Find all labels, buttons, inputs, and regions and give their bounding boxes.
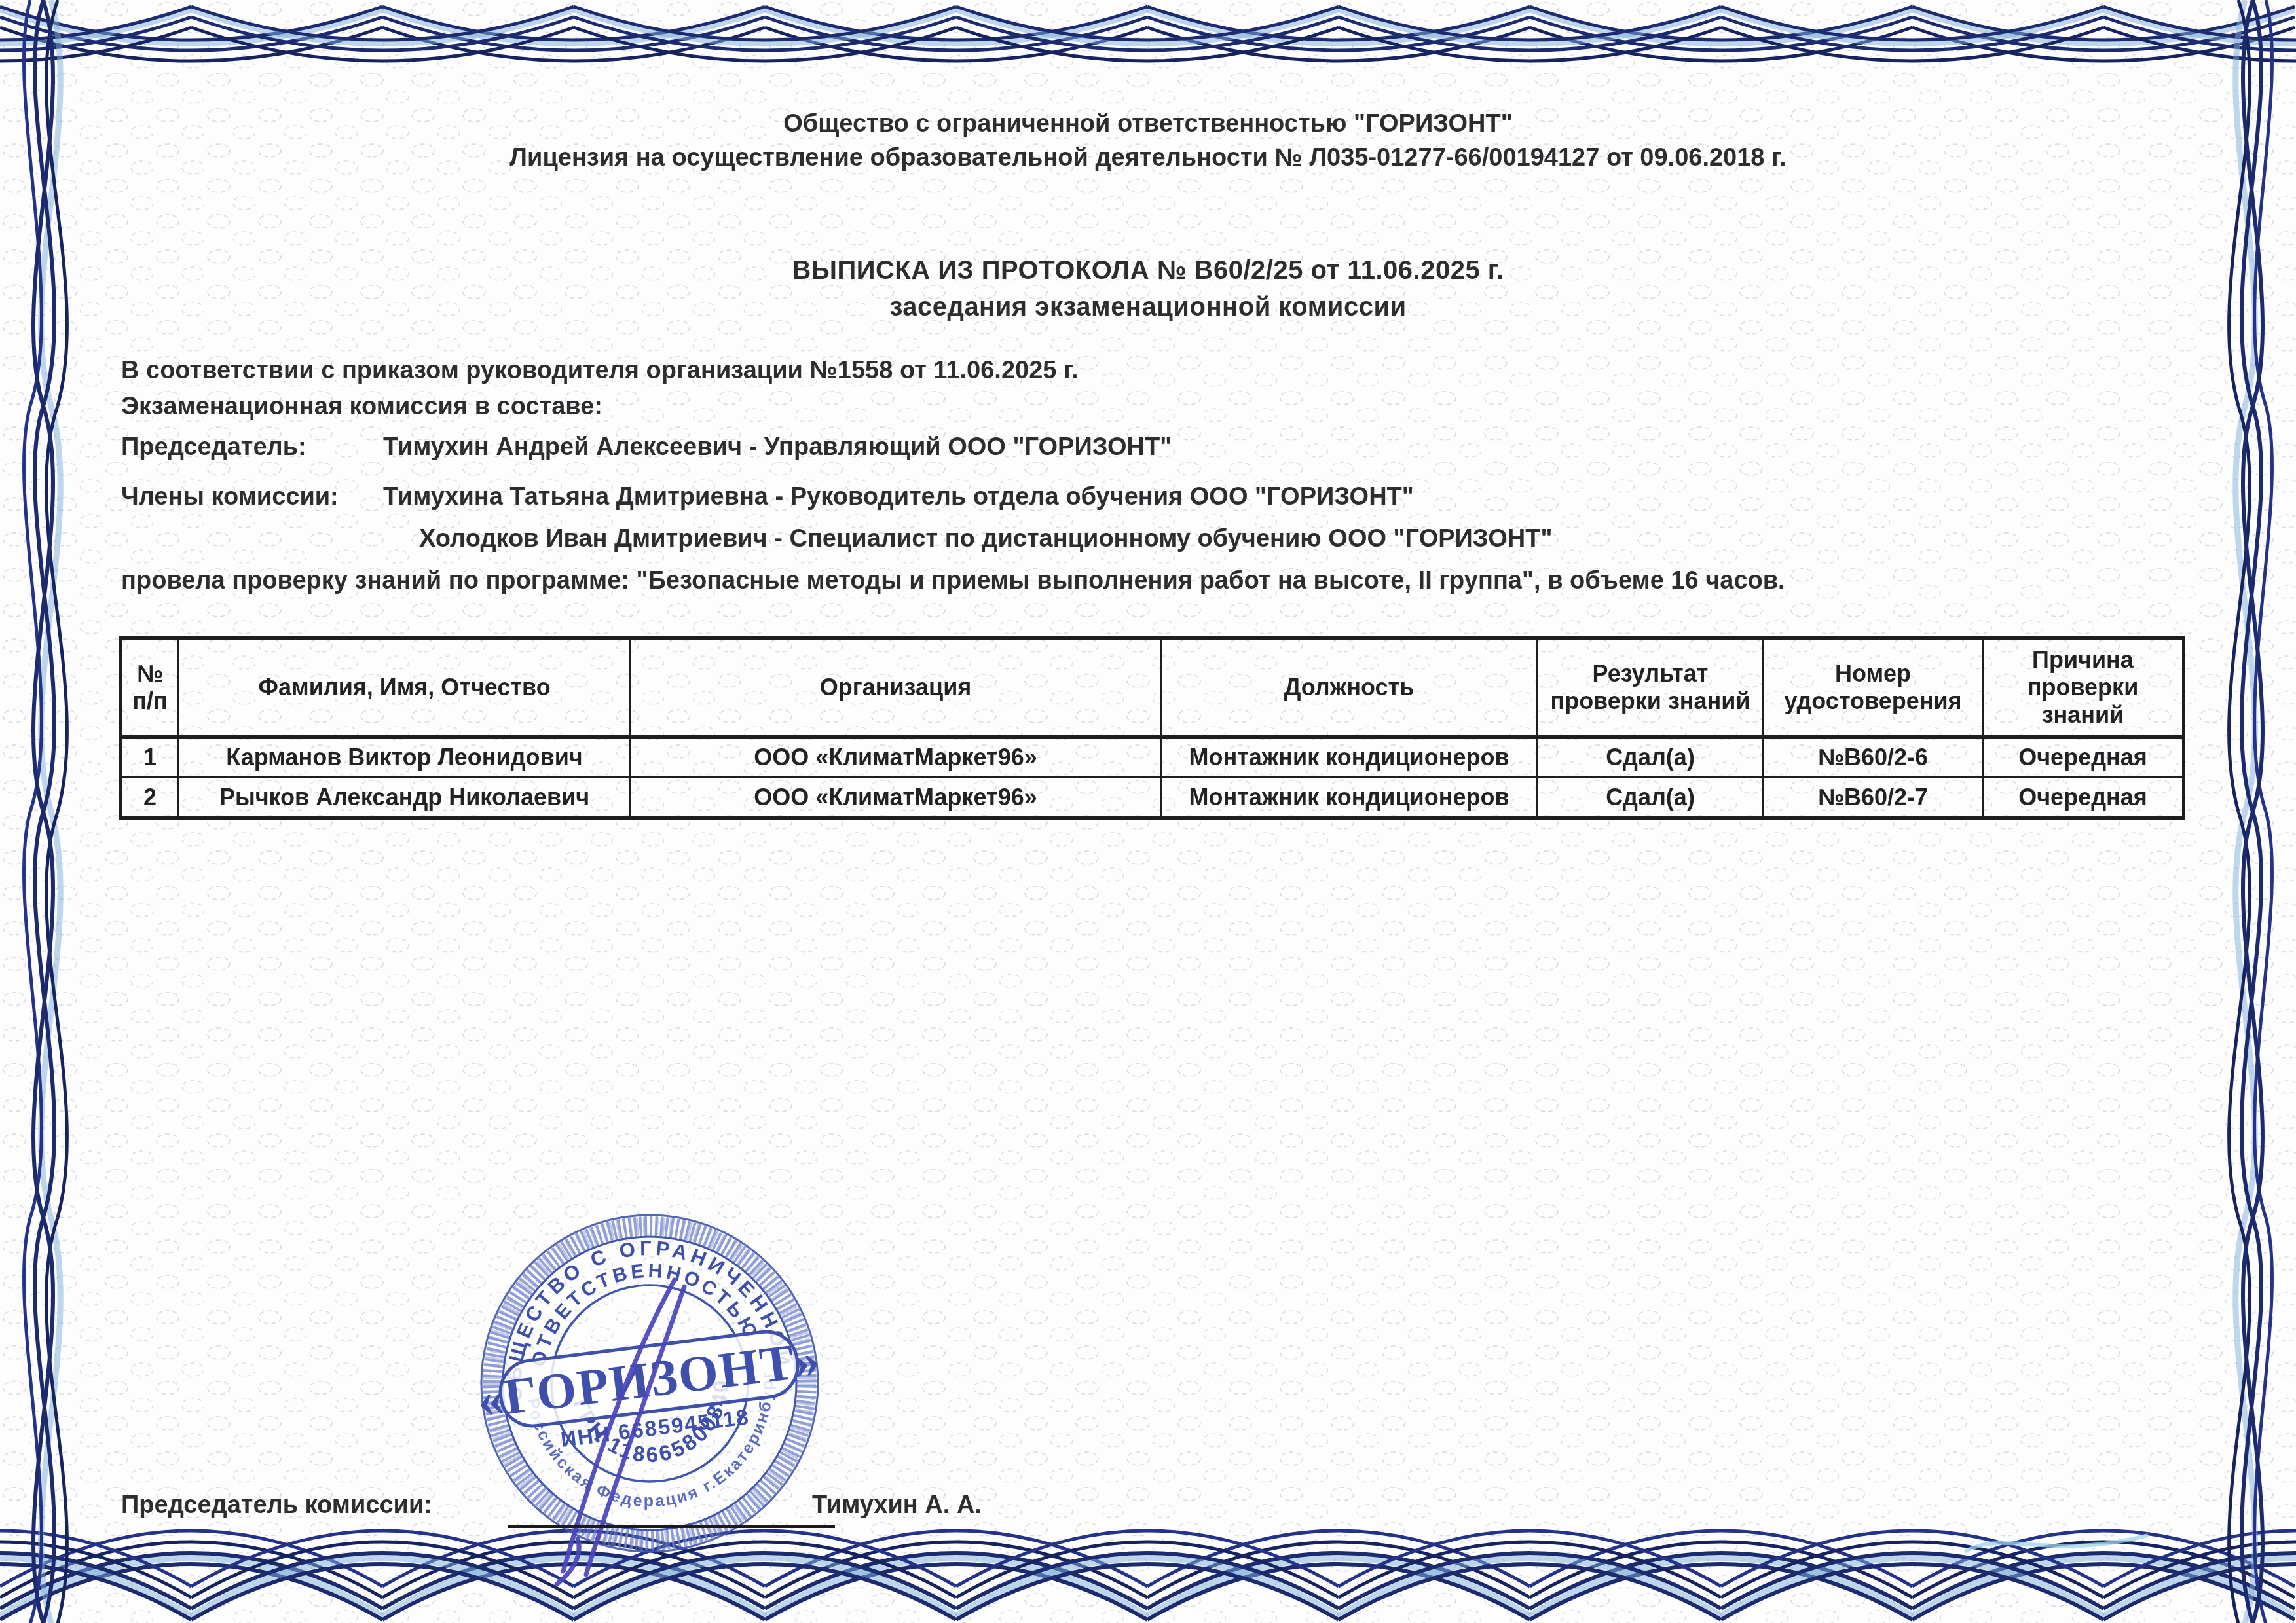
signature-name: Тимухин А. А. bbox=[812, 1491, 982, 1520]
cell-org: ООО «КлиматМаркет96» bbox=[631, 778, 1161, 818]
chairman-label: Председатель: bbox=[121, 433, 306, 462]
cell-org: ООО «КлиматМаркет96» bbox=[631, 737, 1161, 778]
cell-num: 1 bbox=[121, 737, 179, 778]
col-header-cert: Номер удостоверения bbox=[1764, 638, 1983, 737]
intro-line1: В соответствии с приказом руководителя о… bbox=[121, 357, 1079, 386]
doc-title-line1: ВЫПИСКА ИЗ ПРОТОКОЛА № В60/2/25 от 11.06… bbox=[0, 255, 2296, 285]
intro-line2: Экзаменационная комиссия в составе: bbox=[121, 393, 602, 422]
signature-line bbox=[508, 1525, 835, 1528]
cell-fio: Карманов Виктор Леонидович bbox=[179, 737, 631, 778]
faint-pen-scribble bbox=[1952, 1506, 2174, 1591]
cell-result: Сдал(а) bbox=[1538, 778, 1764, 818]
cell-cert: №В60/2-6 bbox=[1764, 737, 1983, 778]
table-row: 1 Карманов Виктор Леонидович ООО «Климат… bbox=[121, 737, 2184, 778]
cell-position: Монтажник кондиционеров bbox=[1161, 737, 1538, 778]
doc-title-line2: заседания экзаменационной комиссии bbox=[0, 292, 2296, 322]
col-header-position: Должность bbox=[1161, 638, 1538, 737]
chairman-value: Тимухин Андрей Алексеевич - Управляющий … bbox=[383, 433, 1172, 462]
cell-reason: Очередная bbox=[1983, 737, 2184, 778]
results-table: № п/п Фамилия, Имя, Отчество Организация… bbox=[119, 636, 2185, 820]
license-line: Лицензия на осуществление образовательно… bbox=[0, 144, 2296, 173]
cell-fio: Рычков Александр Николаевич bbox=[179, 778, 631, 818]
col-header-reason: Причина проверки знаний bbox=[1983, 638, 2184, 737]
program-line: провела проверку знаний по программе: "Б… bbox=[121, 567, 1785, 596]
handwritten-signature bbox=[458, 1231, 825, 1604]
col-header-fio: Фамилия, Имя, Отчество bbox=[179, 638, 631, 737]
col-header-org: Организация bbox=[631, 638, 1161, 737]
cell-num: 2 bbox=[121, 778, 179, 818]
cell-reason: Очередная bbox=[1983, 778, 2184, 818]
cell-position: Монтажник кондиционеров bbox=[1161, 778, 1538, 818]
member2-value: Холодков Иван Дмитриевич - Специалист по… bbox=[419, 525, 1552, 554]
table-header-row: № п/п Фамилия, Имя, Отчество Организация… bbox=[121, 638, 2184, 737]
col-header-result: Результат проверки знаний bbox=[1538, 638, 1764, 737]
document-page: Общество с ограниченной ответственностью… bbox=[0, 0, 2296, 1623]
signature-label: Председатель комиссии: bbox=[121, 1491, 432, 1520]
cell-result: Сдал(а) bbox=[1538, 737, 1764, 778]
top-border-guilloche bbox=[0, 0, 2296, 65]
col-header-num: № п/п bbox=[121, 638, 179, 737]
table-row: 2 Рычков Александр Николаевич ООО «Клима… bbox=[121, 778, 2184, 818]
cell-cert: №В60/2-7 bbox=[1764, 778, 1983, 818]
member1-value: Тимухина Татьяна Дмитриевна - Руководите… bbox=[383, 483, 1414, 512]
org-name-line: Общество с ограниченной ответственностью… bbox=[0, 110, 2296, 139]
members-label: Члены комиссии: bbox=[121, 483, 339, 512]
